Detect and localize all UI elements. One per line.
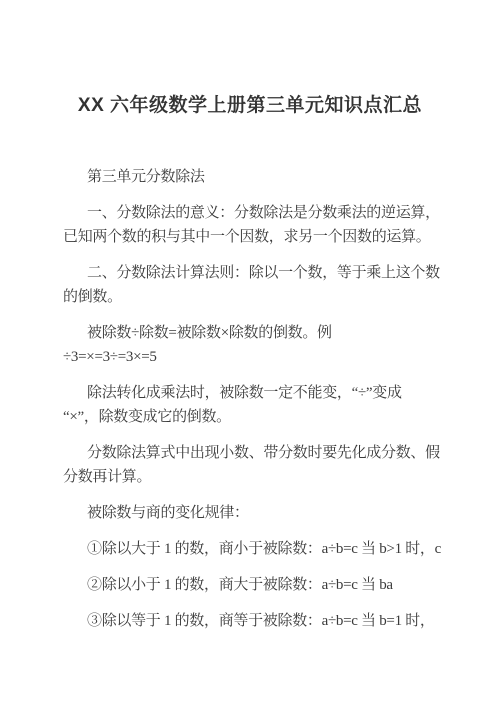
paragraph-formula-example: 被除数÷除数=被除数×除数的倒数。例 ÷3=×=3÷=3×=5 (63, 321, 442, 369)
text-line: ÷3=×=3÷=3×=5 (63, 345, 442, 369)
section-heading: 第三单元分数除法 (63, 165, 442, 189)
text-line: 二、分数除法计算法则：除以一个数，等于乘上这个数 (63, 261, 442, 285)
document-page: XX 六年级数学上册第三单元知识点汇总 第三单元分数除法 一、分数除法的意义：分… (0, 0, 500, 708)
paragraph-conversion-note: 除法转化成乘法时，被除数一定不能变，“÷”变成 “×”，除数变成它的倒数。 (63, 381, 442, 429)
text-line: 的倒数。 (63, 285, 442, 309)
page-title: XX 六年级数学上册第三单元知识点汇总 (0, 0, 500, 120)
paragraph-change-rules-heading: 被除数与商的变化规律： (63, 501, 442, 525)
text-line: 一、分数除法的意义：分数除法是分数乘法的逆运算， (63, 201, 442, 225)
text-line: ①除以大于 1 的数，商小于被除数：a÷b=c 当 b>1 时，c (63, 537, 442, 561)
paragraph-rule-1: ①除以大于 1 的数，商小于被除数：a÷b=c 当 b>1 时，c (63, 537, 442, 561)
text-line: 分数除法算式中出现小数、带分数时要先化成分数、假 (63, 441, 442, 465)
text-line: “×”，除数变成它的倒数。 (63, 405, 442, 429)
paragraph-division-meaning: 一、分数除法的意义：分数除法是分数乘法的逆运算， 已知两个数的积与其中一个因数，… (63, 201, 442, 249)
document-body: 第三单元分数除法 一、分数除法的意义：分数除法是分数乘法的逆运算， 已知两个数的… (0, 165, 500, 633)
text-line: ③除以等于 1 的数，商等于被除数：a÷b=c 当 b=1 时， (63, 609, 442, 633)
text-line: 被除数与商的变化规律： (63, 501, 442, 525)
text-line: 被除数÷除数=被除数×除数的倒数。例 (63, 321, 442, 345)
text-line: 除法转化成乘法时，被除数一定不能变，“÷”变成 (63, 381, 442, 405)
paragraph-decimal-note: 分数除法算式中出现小数、带分数时要先化成分数、假 分数再计算。 (63, 441, 442, 489)
text-line: ②除以小于 1 的数，商大于被除数：a÷b=c 当 ba (63, 573, 442, 597)
text-line: 已知两个数的积与其中一个因数，求另一个因数的运算。 (63, 225, 442, 249)
paragraph-rule-2: ②除以小于 1 的数，商大于被除数：a÷b=c 当 ba (63, 573, 442, 597)
paragraph-rule-3: ③除以等于 1 的数，商等于被除数：a÷b=c 当 b=1 时， (63, 609, 442, 633)
paragraph-calculation-rule: 二、分数除法计算法则：除以一个数，等于乘上这个数 的倒数。 (63, 261, 442, 309)
text-line: 分数再计算。 (63, 465, 442, 489)
